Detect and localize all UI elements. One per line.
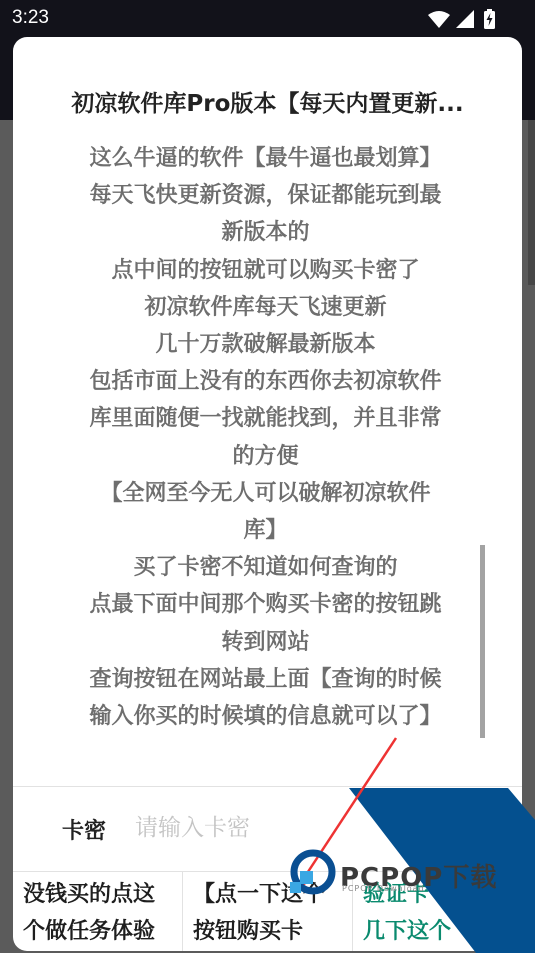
dialog-message: 这么牛逼的软件【最牛逼也最划算】 每天飞快更新资源，保证都能玩到最 新版本的 点… [53, 140, 478, 735]
wifi-icon [428, 10, 450, 28]
message-line: 这么牛逼的软件【最牛逼也最划算】 [53, 140, 478, 177]
status-icons [428, 9, 495, 29]
cellular-signal-icon [456, 10, 474, 28]
message-line: 买了卡密不知道如何查询的 [53, 549, 478, 586]
background-scrollbar [528, 120, 535, 285]
card-key-label: 卡密 [62, 814, 106, 845]
purchase-dialog: 初凉软件库Pro版本【每天内置更新... 这么牛逼的软件【最牛逼也最划算】 每天… [13, 37, 522, 951]
status-bar: 3:23 [0, 0, 535, 37]
message-line: 【全网至今无人可以破解初凉软件 [53, 475, 478, 512]
message-line: 的方便 [53, 438, 478, 475]
button-label: 个做任务体验 [23, 913, 174, 950]
message-line: 点最下面中间那个购买卡密的按钮跳 [53, 586, 478, 623]
message-line: 查询按钮在网站最上面【查询的时候 [53, 661, 478, 698]
status-time: 3:23 [12, 7, 49, 29]
button-label: 没钱买的点这 [23, 876, 174, 913]
free-trial-task-button[interactable]: 没钱买的点这 个做任务体验 [13, 872, 183, 951]
buy-card-key-button[interactable]: 【点一下这个 按钮购买卡 [183, 872, 353, 951]
button-label: 【点一下这个 [193, 876, 344, 913]
dialog-title: 初凉软件库Pro版本【每天内置更新... [13, 85, 522, 118]
watermark-subtext: PCPOP Download [342, 884, 425, 893]
battery-charging-icon [484, 9, 495, 29]
button-label: 按钮购买卡 [193, 913, 344, 950]
message-line: 库里面随便一找就能找到，并且非常 [53, 400, 478, 437]
message-line: 转到网站 [53, 624, 478, 661]
card-key-input[interactable] [135, 809, 495, 847]
button-label: 几下这个 [363, 913, 514, 950]
message-line: 输入你买的时候填的信息就可以了】 [53, 698, 478, 735]
message-line: 包括市面上没有的东西你去初凉软件 [53, 363, 478, 400]
message-line: 新版本的 [53, 214, 478, 251]
message-line: 几十万款破解最新版本 [53, 326, 478, 363]
message-line: 点中间的按钮就可以购买卡密了 [53, 252, 478, 289]
message-line: 初凉软件库每天飞速更新 [53, 289, 478, 326]
message-scrollbar[interactable] [480, 545, 485, 738]
message-line: 每天飞快更新资源，保证都能玩到最 [53, 177, 478, 214]
message-line: 库】 [53, 512, 478, 549]
